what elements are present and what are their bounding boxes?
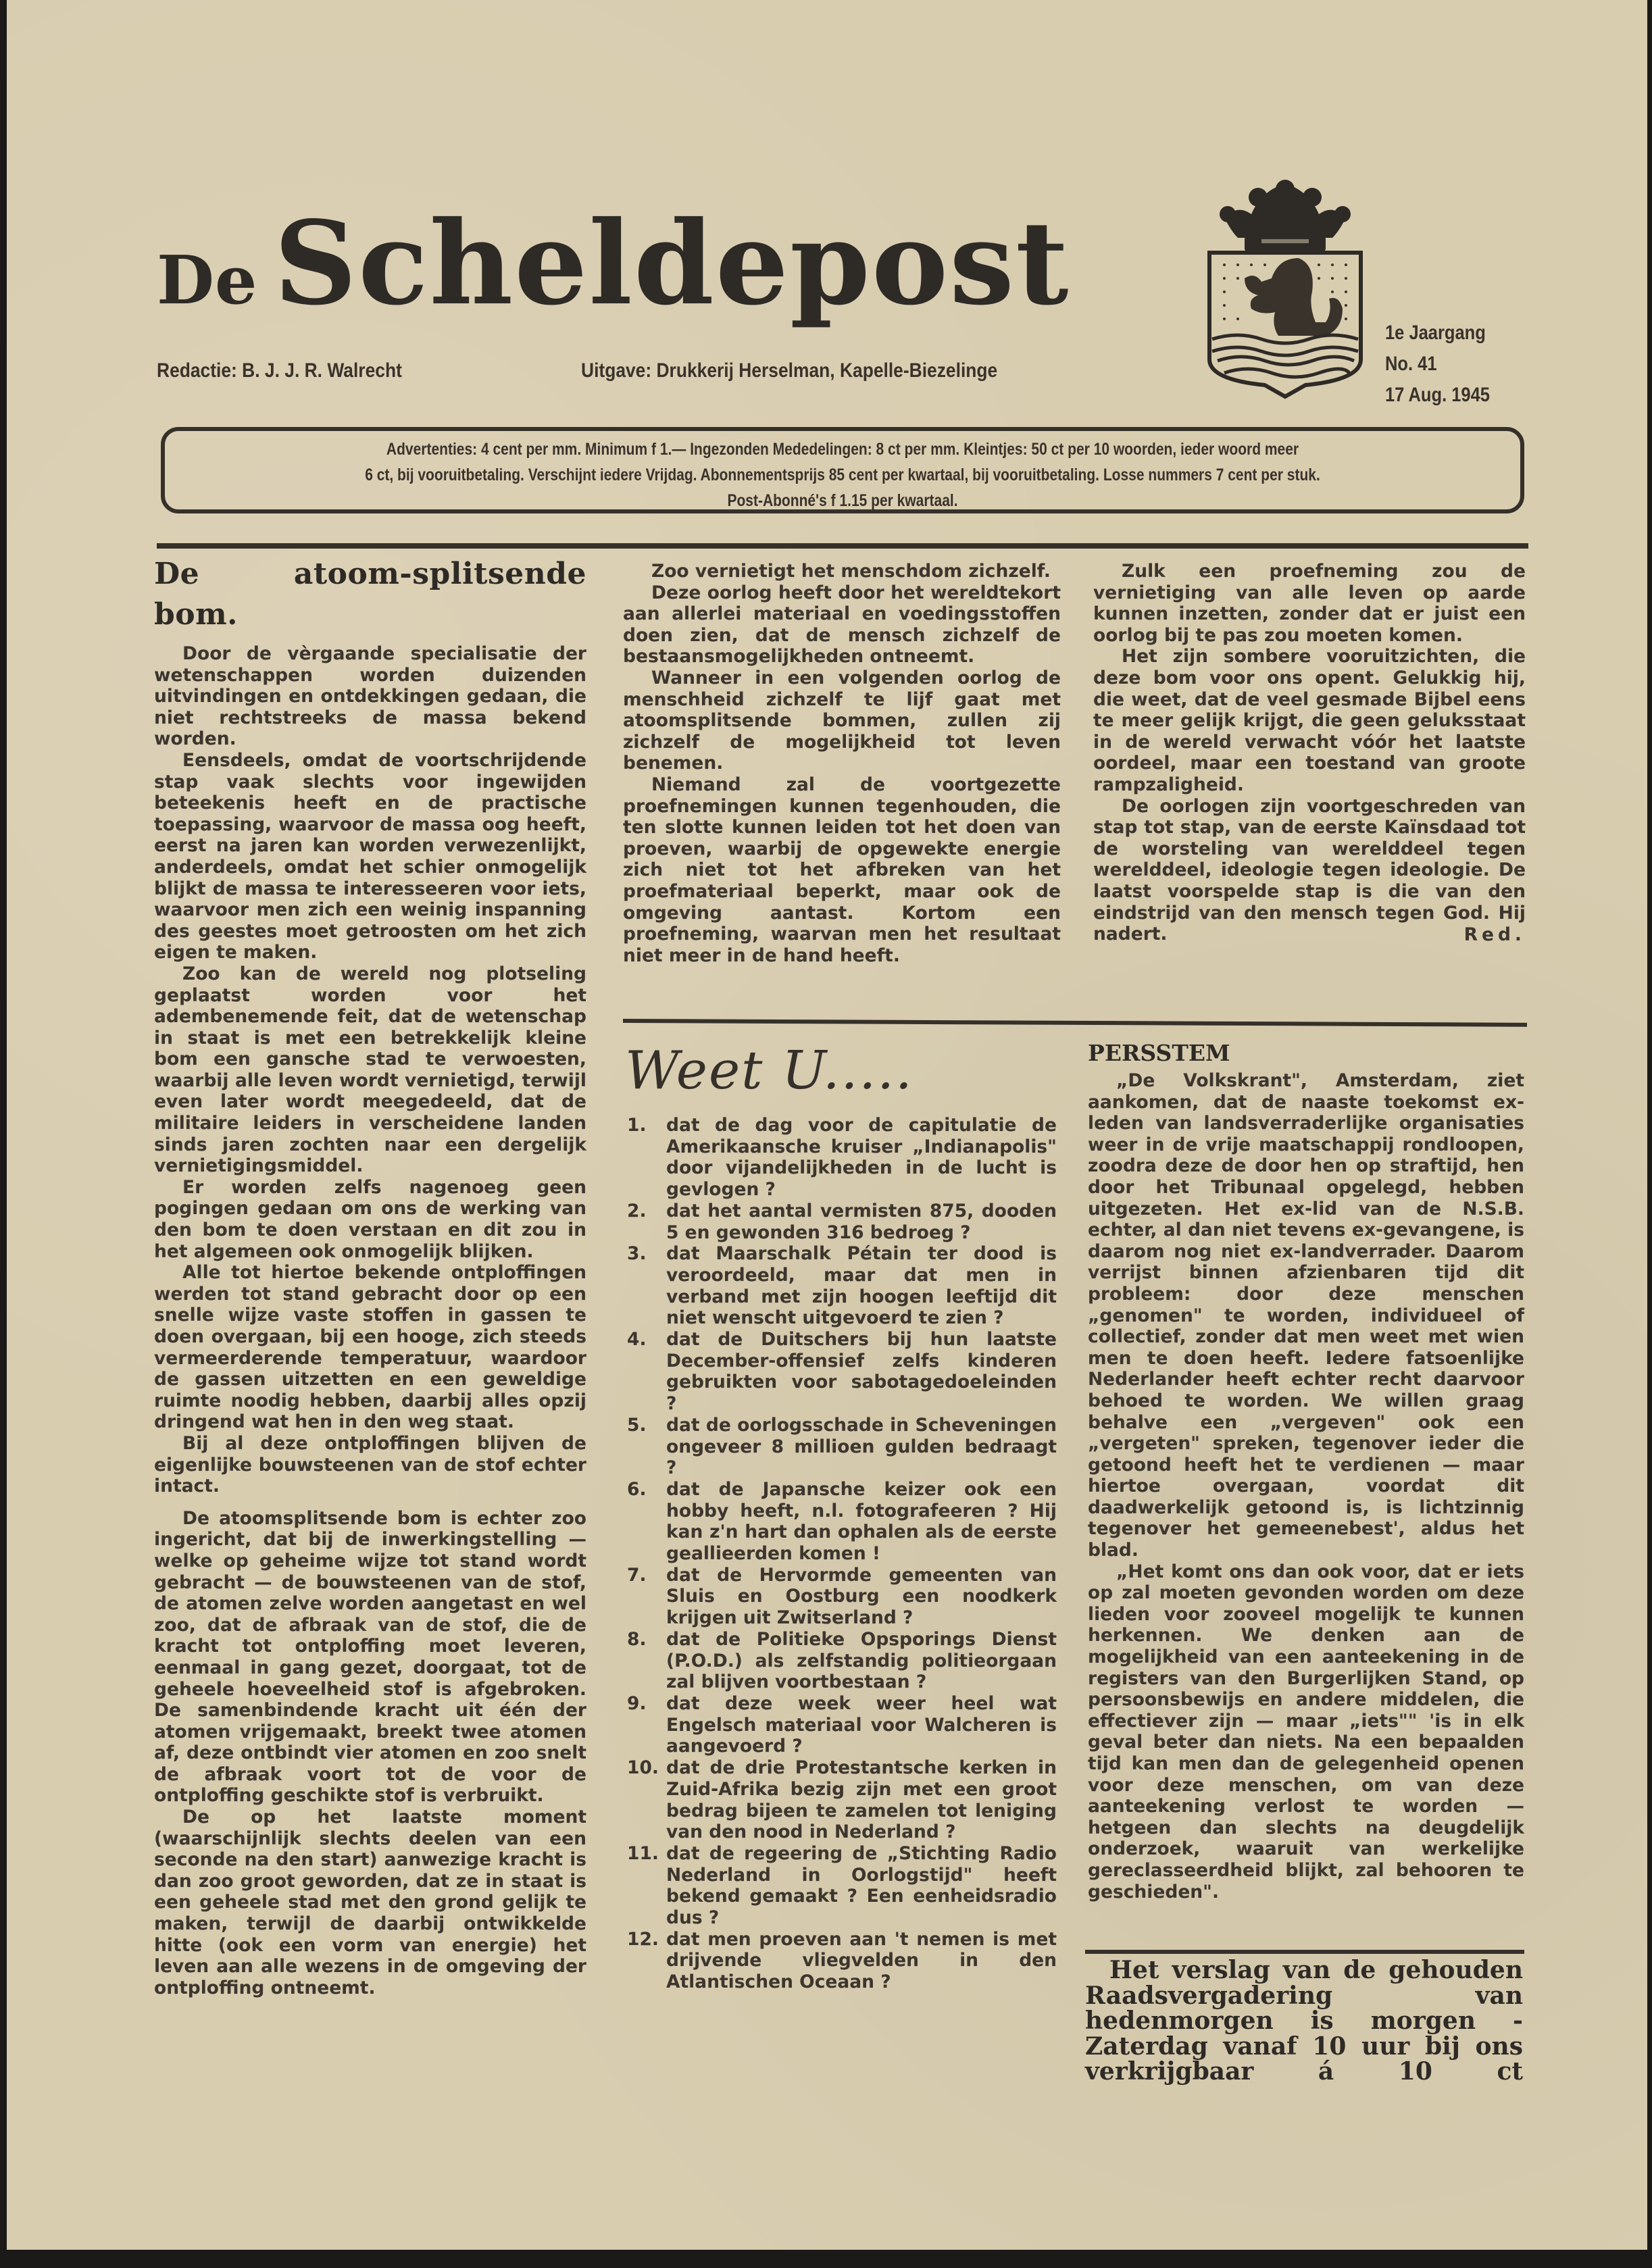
article-paragraph: Door de vèrgaande specialisatie der wete…: [154, 643, 586, 750]
editor-credit: Redactie: B. J. J. R. Walrecht: [157, 359, 402, 382]
advertising-rates-box: Advertenties: 4 cent per mm. Minimum f 1…: [161, 427, 1524, 513]
article-paragraph: Er worden zelfs nagenoeg geen pogingen g…: [154, 1177, 586, 1262]
article-paragraph: Alle tot hiertoe bekende ontploffingen w…: [154, 1262, 586, 1433]
masthead-title: DeScheldepost: [157, 196, 1070, 331]
adbox-line-1: Advertenties: 4 cent per mm. Minimum f 1…: [273, 436, 1411, 462]
article-headline: De atoom-splitsende bom.: [154, 554, 586, 635]
list-item: 10.dat de drie Protestantsche kerken in …: [627, 1757, 1057, 1843]
publisher-credit: Uitgave: Drukkerij Herselman, Kapelle-Bi…: [581, 359, 997, 382]
list-item: 12.dat men proeven aan 't nemen is met d…: [627, 1929, 1057, 1993]
article-atoom-column-2: Zoo vernietigt het menschdom zichzelf. D…: [623, 561, 1061, 966]
list-item: 7.dat de Hervormde gemeenten van Sluis e…: [627, 1565, 1057, 1629]
article-paragraph: De op het laatste moment (waarschijnlijk…: [154, 1807, 586, 1998]
issue-date: 17 Aug. 1945: [1385, 380, 1490, 411]
masthead-title-prefix: De: [157, 242, 257, 320]
article-paragraph: De atoomsplitsende bom is echter zoo ing…: [154, 1508, 586, 1807]
issue-volume: 1e Jaargang: [1385, 318, 1490, 349]
persstem-section: PERSSTEM „De Volkskrant", Amsterdam, zie…: [1088, 1039, 1524, 1902]
weet-u-title: Weet U.....: [625, 1040, 913, 1101]
weet-u-list: 1.dat de dag voor de capitulatie de Amer…: [627, 1115, 1057, 1993]
masthead-divider: [157, 543, 1528, 549]
article-paragraph: Bij al deze ontploffingen blijven de eig…: [154, 1433, 586, 1497]
newspaper-page: DeScheldepost Redactie: B. J. J. R. Walr…: [7, 0, 1647, 2250]
persstem-title: PERSSTEM: [1088, 1039, 1524, 1067]
list-item: 6.dat de Japansche keizer ook een hobby …: [627, 1479, 1057, 1565]
list-item: 4.dat de Duitschers bij hun laatste Dece…: [627, 1329, 1057, 1415]
article-paragraph: Wanneer in een volgenden oorlog de mensc…: [623, 667, 1061, 774]
article-paragraph: Niemand zal de voortgezette proefneminge…: [623, 774, 1061, 966]
article-paragraph: Deze oorlog heeft door het wereldtekort …: [623, 582, 1061, 667]
article-atoom-column-1: De atoom-splitsende bom. Door de vèrgaan…: [154, 554, 586, 1998]
list-item: 11.dat de regeering de „Stichting Radio …: [627, 1843, 1057, 1929]
article-paragraph: Eensdeels, omdat de voortschrijdende sta…: [154, 750, 586, 963]
raadsvergadering-notice: Het verslag van de gehouden Raadsvergade…: [1085, 1958, 1523, 2085]
article-paragraph: Zulk een proefneming zou de vernietiging…: [1093, 561, 1526, 646]
list-item: 1.dat de dag voor de capitulatie de Amer…: [627, 1115, 1057, 1201]
article-paragraph: Zoo kan de wereld nog plotseling geplaat…: [154, 963, 586, 1177]
list-item: 8.dat de Politieke Opsporings Dienst (P.…: [627, 1629, 1057, 1693]
list-item: 3.dat Maarschalk Pétain ter dood is vero…: [627, 1243, 1057, 1329]
persstem-paragraph: „De Volkskrant", Amsterdam, ziet aankome…: [1088, 1070, 1524, 1561]
article-paragraph: De oorlogen zijn voortgeschreden van sta…: [1093, 796, 1526, 945]
article-paragraph: Zoo vernietigt het menschdom zichzelf.: [623, 561, 1061, 582]
persstem-paragraph: „Het komt ons dan ook voor, dat er iets …: [1088, 1561, 1524, 1903]
article-paragraph: Het zijn sombere vooruitzichten, die dez…: [1093, 646, 1526, 795]
list-item: 9.dat deze week weer heel wat Engelsch m…: [627, 1693, 1057, 1757]
issue-info: 1e Jaargang No. 41 17 Aug. 1945: [1385, 318, 1490, 411]
zeeland-coat-of-arms-icon: [1197, 177, 1373, 400]
list-item: 2.dat het aantal vermisten 875, dooden 5…: [627, 1201, 1057, 1243]
section-divider: [623, 1019, 1527, 1027]
article-atoom-column-3: Zulk een proefneming zou de vernietiging…: [1093, 561, 1526, 945]
list-item: 5.dat de oorlogsschade in Scheveningen o…: [627, 1415, 1057, 1479]
adbox-line-3: Post-Abonné's f 1.15 per kwartaal.: [273, 488, 1411, 513]
masthead-title-name: Scheldepost: [274, 196, 1070, 331]
issue-number: No. 41: [1385, 349, 1490, 380]
adbox-line-2: 6 ct, bij vooruitbetaling. Verschijnt ie…: [273, 462, 1411, 488]
notice-divider: [1085, 1950, 1524, 1954]
